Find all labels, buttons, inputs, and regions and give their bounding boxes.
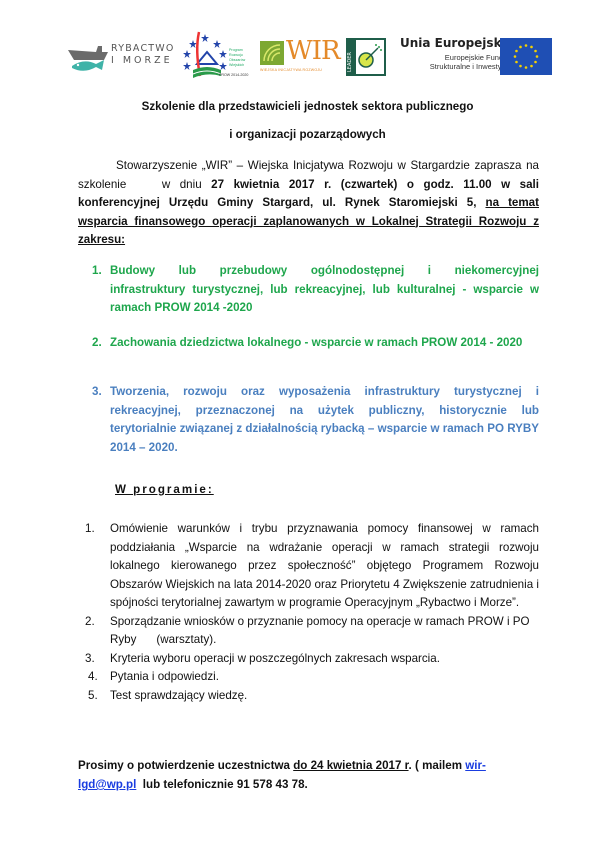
rsvp-deadline: do 24 kwietnia 2017 r [293,759,408,772]
program-heading: W programie: [115,483,214,496]
document-title-line-2: i organizacji pozarządowych [70,128,545,141]
intro-paragraph: Stowarzyszenie „WIR” – Wiejska Inicjatyw… [78,157,539,250]
scope-number: 3. [92,383,102,402]
rsvp-paragraph: Prosimy o potwierdzenie uczestnictwa do … [78,756,539,794]
wir-swirl-icon [260,41,284,65]
logo-header: RYBACTWO I MORZE Program Rozwoju Obszaró… [66,30,562,86]
logo-text: Unia Europejska [400,36,510,50]
rsvp-text: . ( mailem [409,759,466,772]
program-item-text: Pytania i odpowiedzi. [110,668,539,687]
program-item: 3. Kryteria wyboru operacji w poszczegól… [78,650,539,669]
event-date-location: 27 kwietnia 2017 r. (czwartek) o godz. 1… [78,178,539,210]
scope-number: 2. [92,334,102,353]
boat-fish-icon [66,40,110,76]
program-item: 1. Omówienie warunków i trybu przyznawan… [78,520,539,613]
program-item-text: Omówienie warunków i trybu przyznawania … [110,520,539,613]
scope-text: infrastruktury turystycznej, lub rekreac… [110,283,539,315]
scope-text: Tworzenia, rozwoju oraz wyposażenia infr… [110,383,539,457]
eu-flag-logo [500,38,552,75]
program-item: 2. Sporządzanie wniosków o przyznanie po… [78,613,539,650]
program-item: 5. Test sprawdzający wiedzę. [78,687,539,706]
leader-emblem-icon: LEADER [346,38,386,76]
scope-text: Zachowania dziedzictwa lokalnego - wspar… [110,334,539,353]
program-item-number: 1. [85,520,95,539]
program-list: 1. Omówienie warunków i trybu przyznawan… [78,520,539,705]
logo-text: WIR [286,36,340,66]
logo-text: PROW 2014-2020 [219,73,248,77]
eu-flag-icon [500,38,552,75]
program-item: 4. Pytania i odpowiedzi. [78,668,539,687]
program-item-text: Kryteria wyboru operacji w poszczególnyc… [110,650,539,669]
logo-text: Wiejskich [229,63,245,68]
svg-text:LEADER: LEADER [347,52,353,72]
logo-text: WIEJSKA INICJATYWA ROZWOJU [260,68,322,72]
scope-number: 1. [92,262,102,281]
leader-logo: LEADER [346,38,386,76]
wir-logo: WIR WIEJSKA INICJATYWA ROZWOJU [260,40,346,80]
scope-text: Budowy lub przebudowy ogólnodostępnej i … [110,262,539,281]
rsvp-text: Prosimy o potwierdzenie uczestnictwa [78,759,293,772]
program-item-number: 5. [88,687,98,706]
document-title: Szkolenie dla przedstawicieli jednostek … [70,100,545,113]
rsvp-phone-text: lub telefonicznie 91 578 43 78. [136,778,307,791]
scope-item: 3. Tworzenia, rozwoju oraz wyposażenia i… [78,383,539,457]
rybactwo-i-morze-logo: RYBACTWO I MORZE [66,40,176,80]
program-item-number: 3. [85,650,95,669]
program-item-number: 4. [88,668,98,687]
logo-text: RYBACTWO [111,43,175,55]
intro-text: w dniu [162,178,202,191]
logo-text: I MORZE [111,55,175,67]
prow-logo: Program Rozwoju Obszarów Wiejskich PROW … [183,30,253,88]
program-item-text: Test sprawdzający wiedzę. [110,687,539,706]
program-item-number: 2. [85,613,95,632]
program-item-text: (warsztaty). [156,633,216,646]
scope-item: 2. Zachowania dziedzictwa lokalnego - ws… [78,334,539,353]
scope-item: 1. Budowy lub przebudowy ogólnodostępnej… [78,262,539,318]
